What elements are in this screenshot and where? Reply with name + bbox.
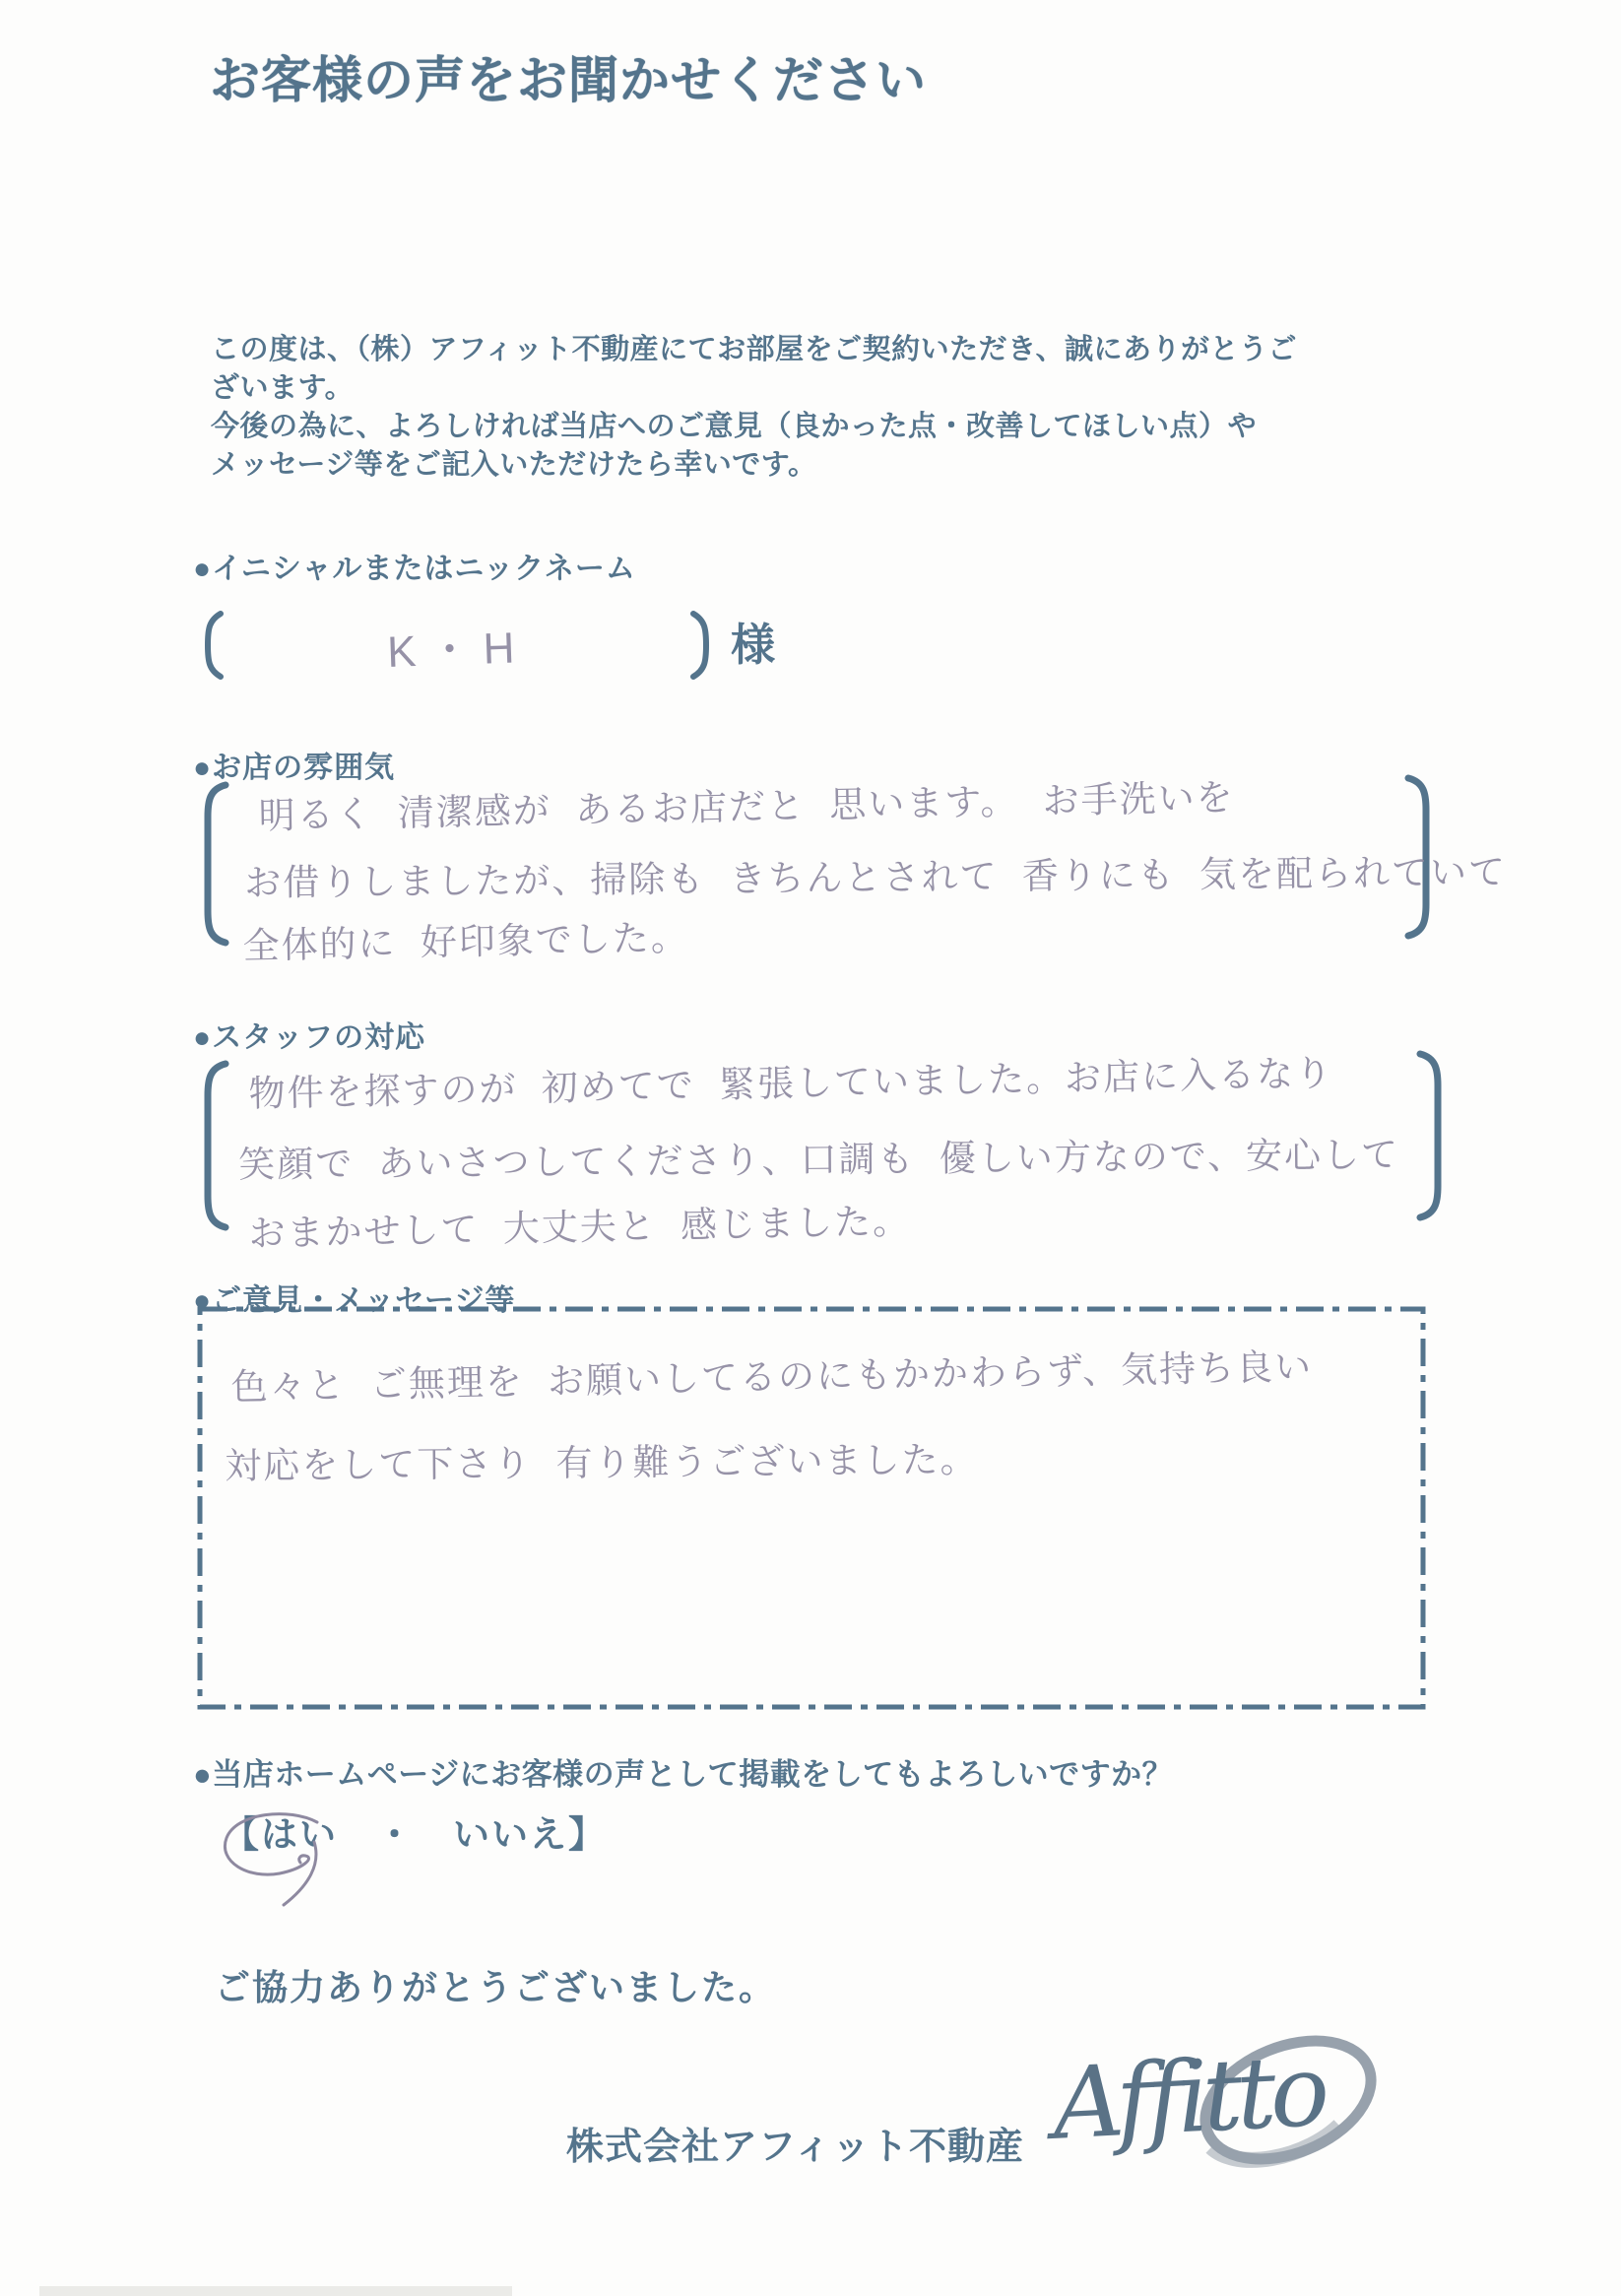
logo-script-text: Affitto xyxy=(1050,2033,1327,2162)
close-bracket-icon xyxy=(689,611,711,680)
selected-yes-circle-annotation xyxy=(219,1812,335,1909)
intro-line: 今後の為に、よろしければ当店へのご意見（良かった点・改善してほしい点）や xyxy=(211,408,1297,446)
intro-line: ざいます。 xyxy=(211,369,1297,408)
intro-line: メッセージ等をご記入いただけたら幸いです。 xyxy=(211,446,1297,485)
publish-question-label: ●当店ホームページにお客様の声として掲載をしてもよろしいですか？ xyxy=(193,1749,1173,1794)
atmosphere-handwritten-line: 明るく 清潔感が あるお店だと 思います。 お手洗いを xyxy=(258,767,1235,839)
honorific-label: 様 xyxy=(731,609,775,673)
page-title: お客様の声をお聞かせください xyxy=(210,39,927,112)
open-bracket-icon xyxy=(200,1060,231,1231)
nickname-section-label: ●イニシャルまたはニックネーム xyxy=(193,544,636,587)
close-bracket-icon xyxy=(1414,1050,1446,1221)
atmosphere-handwritten-line: お借りしましたが、掃除も きちんとされて 香りにも 気を配られていて xyxy=(244,842,1507,906)
scan-edge-artifact xyxy=(39,2286,512,2296)
closing-thanks-text: ご協力ありがとうございました。 xyxy=(215,1960,776,2010)
intro-line: この度は、（株）アフィット不動産にてお部屋をご契約いただき、誠にありがとうご xyxy=(211,331,1297,369)
staff-handwritten-line: 笑顔で あいさつしてくださり、口調も 優しい方なので、安心して xyxy=(238,1125,1399,1188)
intro-paragraph: この度は、（株）アフィット不動産にてお部屋をご契約いただき、誠にありがとうご ざ… xyxy=(211,331,1297,485)
atmosphere-section-label: ●お店の雰囲気 xyxy=(193,743,395,786)
message-handwritten-line: 対応をして下さり 有り難うございました。 xyxy=(225,1429,979,1489)
staff-handwritten-line: おまかせして 大丈夫と 感じました。 xyxy=(248,1191,911,1257)
nickname-handwritten-value: K・H xyxy=(386,612,527,680)
open-bracket-icon xyxy=(203,611,225,680)
staff-section-label: ●スタッフの対応 xyxy=(193,1013,425,1056)
customer-feedback-form: お客様の声をお聞かせください この度は、（株）アフィット不動産にてお部屋をご契約… xyxy=(0,0,1621,2296)
atmosphere-handwritten-line: 全体的に 好印象でした。 xyxy=(242,907,689,969)
company-name: 株式会社アフィット不動産 xyxy=(566,2116,1024,2170)
affitto-logo: Affitto xyxy=(1044,2031,1418,2218)
open-bracket-icon xyxy=(200,781,231,947)
